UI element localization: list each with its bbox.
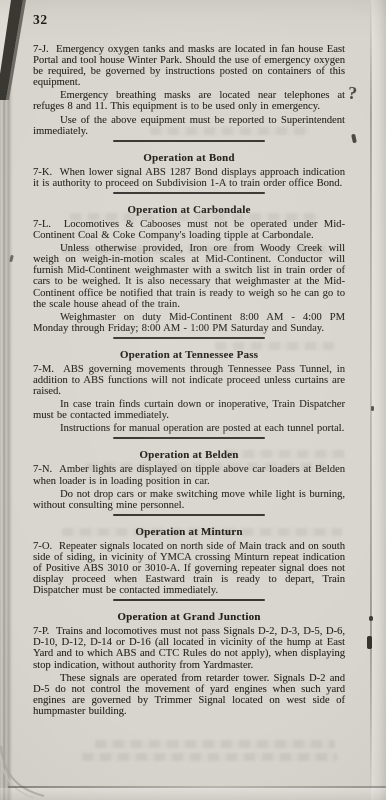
paragraph: Emergency breathing masks are located ne… xyxy=(33,90,345,112)
ink-speck xyxy=(351,134,357,144)
section-divider xyxy=(113,437,265,439)
scanned-rulebook-page: { "page": { "number": "32" }, "colors": … xyxy=(0,0,386,800)
ink-speck xyxy=(369,616,373,621)
section-operation-at-carbondale: Operation at Carbondale 7-L. Locomotives… xyxy=(33,204,345,339)
section-heading: Operation at Bond xyxy=(33,152,345,164)
ink-speck xyxy=(9,255,14,263)
section-divider xyxy=(113,337,265,339)
paragraph: 7-M. ABS governing movements through Ten… xyxy=(33,364,345,397)
page-edge-left xyxy=(0,0,13,800)
ink-speck xyxy=(371,406,374,411)
section-operation-at-grand-junction: Operation at Grand Junction 7-P. Trains … xyxy=(33,611,345,717)
page-bottom-strip xyxy=(0,788,386,800)
paragraph: 7-P. Trains and locomotives must not pas… xyxy=(33,626,345,670)
section-operation-at-minturn: Operation at Minturn 7-O. Repeater signa… xyxy=(33,526,345,601)
paragraph: 7-N. Amber lights are displayed on tippl… xyxy=(33,464,345,486)
page-bottom-edge xyxy=(8,786,386,788)
section-7j-emergency-equipment: 7-J. Emergency oxygen tanks and masks ar… xyxy=(33,44,345,142)
ink-speck xyxy=(367,636,372,649)
section-divider xyxy=(113,599,265,601)
section-heading: Operation at Minturn xyxy=(33,526,345,538)
page-edge-right-line xyxy=(370,4,372,788)
section-divider xyxy=(113,514,265,516)
section-operation-at-belden: Operation at Belden 7-N. Amber lights ar… xyxy=(33,449,345,515)
paragraph: Do not drop cars or make switching move … xyxy=(33,489,345,511)
paragraph: These signals are operated from retarder… xyxy=(33,673,345,717)
paragraph: Unless otherwise provided, Iron ore from… xyxy=(33,243,345,310)
page-curl-top-left-icon xyxy=(0,0,34,100)
bleed-through-smudge xyxy=(95,740,335,748)
question-mark-stain: ? xyxy=(347,84,358,103)
page-curl-bottom-left-icon xyxy=(0,744,46,800)
paragraph: 7-J. Emergency oxygen tanks and masks ar… xyxy=(33,44,345,88)
section-operation-at-bond: Operation at Bond 7-K. When lower signal… xyxy=(33,152,345,194)
section-divider xyxy=(113,140,265,142)
section-heading: Operation at Belden xyxy=(33,449,345,461)
paragraph: Instructions for manual operation are po… xyxy=(33,423,345,434)
bleed-through-smudge xyxy=(82,753,337,761)
page-edge-right xyxy=(371,0,386,800)
paragraph: 7-K. When lower signal ABS 1287 Bond dis… xyxy=(33,167,345,189)
page-number: 32 xyxy=(33,12,345,28)
section-heading: Operation at Tennessee Pass xyxy=(33,349,345,361)
page-content: 32 7-J. Emergency oxygen tanks and masks… xyxy=(33,12,345,719)
paragraph: Weighmaster on duty Mid-Continent 8:00 A… xyxy=(33,312,345,334)
paragraph: In case train finds curtain down or inop… xyxy=(33,399,345,421)
paragraph: Use of the above equipment must be repor… xyxy=(33,115,345,137)
paragraph: 7-O. Repeater signals located on north s… xyxy=(33,541,345,596)
section-divider xyxy=(113,192,265,194)
paragraph: 7-L. Locomotives & Cabooses must not be … xyxy=(33,219,345,241)
section-heading: Operation at Grand Junction xyxy=(33,611,345,623)
section-operation-at-tennessee-pass: Operation at Tennessee Pass 7-M. ABS gov… xyxy=(33,349,345,440)
section-heading: Operation at Carbondale xyxy=(33,204,345,216)
